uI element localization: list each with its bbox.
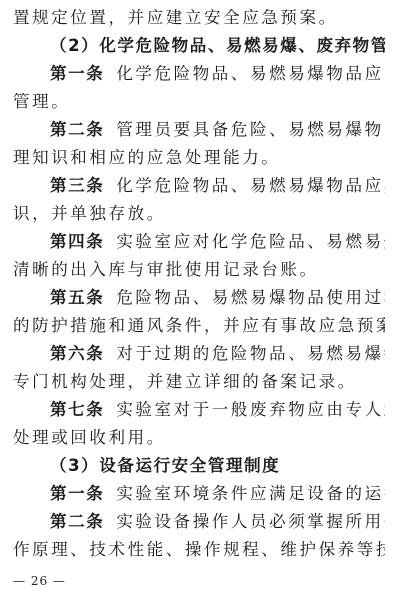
- article-line: 第一条实验室环境条件应满足设备的运行条件。: [50, 484, 385, 504]
- article-label: 第一条: [50, 64, 104, 83]
- article-label: 第五条: [50, 288, 104, 307]
- article-text: 实验室环境条件应满足设备的运行条件。: [116, 484, 385, 503]
- article-line: 第一条化学危险物品、易燃易爆物品应由专人: [50, 64, 385, 84]
- document-page: 置规定位置，并应建立安全应急预案。 （2）化学危险物品、易燃易爆、废弃物管理制度…: [0, 0, 394, 600]
- page-number: — 26 —: [13, 574, 66, 588]
- text-line: 清晰的出入库与审批使用记录台账。: [13, 260, 385, 280]
- text-line: 置规定位置，并应建立安全应急预案。: [13, 8, 385, 28]
- article-line: 第二条管理员要具备危险、易燃易爆物品的安全管: [50, 120, 385, 140]
- article-text: 实验室应对化学危险品、易燃易爆物品建立: [116, 232, 385, 251]
- article-text: 对于过期的危险物品、易燃易爆物品应交由: [116, 344, 385, 363]
- article-label: 第六条: [50, 344, 104, 363]
- article-label: 第二条: [50, 120, 104, 139]
- article-text: 实验设备操作人员必须掌握所用仪器设备工: [116, 512, 385, 531]
- article-line: 第四条实验室应对化学危险品、易燃易爆物品建立: [50, 232, 385, 252]
- text-line: 专门机构处理，并建立详细的备案记录。: [13, 372, 385, 392]
- text-line: 理知识和相应的应急处理能力。: [13, 148, 385, 168]
- text-line: 的防护措施和通风条件，并应有事故应急预案。: [13, 316, 385, 336]
- article-line: 第六条对于过期的危险物品、易燃易爆物品应交由: [50, 344, 385, 364]
- article-label: 第七条: [50, 400, 104, 419]
- article-line: 第五条危险物品、易燃易爆物品使用过程应有严格: [50, 288, 385, 308]
- text-line: 处理或回收利用。: [13, 428, 385, 448]
- article-line: 第二条实验设备操作人员必须掌握所用仪器设备工: [50, 512, 385, 532]
- article-text: 管理员要具备危险、易燃易爆物品的安全管: [116, 120, 385, 139]
- article-label: 第三条: [50, 176, 104, 195]
- article-text: 化学危险物品、易燃易爆物品应由专人: [116, 64, 385, 83]
- article-line: 第七条实验室对于一般废弃物应由专人进行无害化: [50, 400, 385, 420]
- article-label: 第二条: [50, 512, 104, 531]
- section-heading: （3）设备运行安全管理制度: [50, 456, 385, 476]
- text-line: 识，并单独存放。: [13, 204, 385, 224]
- article-label: 第一条: [50, 484, 104, 503]
- article-label: 第四条: [50, 232, 104, 251]
- article-line: 第三条化学危险物品、易燃易爆物品应具有明确标: [50, 176, 385, 196]
- text-line: 作原理、技术性能、操作规程、维护保养等技能。: [13, 540, 385, 560]
- article-text: 化学危险物品、易燃易爆物品应具有明确标: [116, 176, 385, 195]
- article-text: 实验室对于一般废弃物应由专人进行无害化: [116, 400, 385, 419]
- section-heading: （2）化学危险物品、易燃易爆、废弃物管理制度: [50, 36, 385, 56]
- article-text: 危险物品、易燃易爆物品使用过程应有严格: [116, 288, 385, 307]
- text-line: 管理。: [13, 92, 385, 112]
